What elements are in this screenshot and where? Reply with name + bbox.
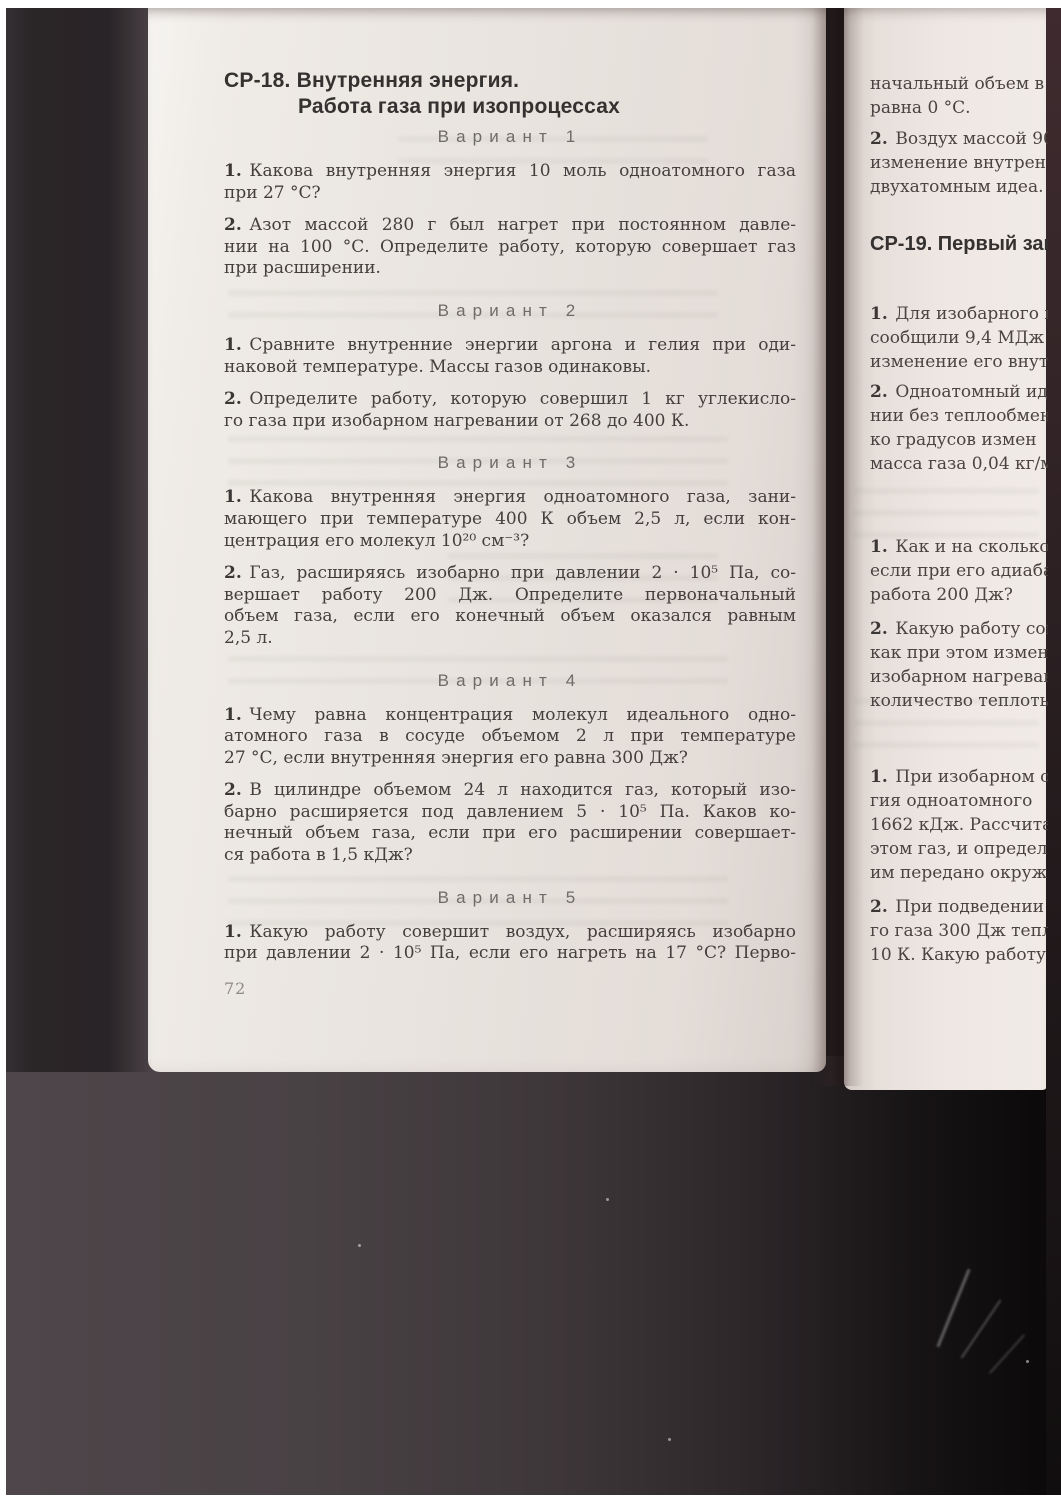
text-line: го газа при изобарном нагревании от 268 … [224, 411, 796, 433]
text-line-content: Как и на сколько [895, 537, 1048, 557]
text-line: 2.Воздух массой 90 [870, 127, 1048, 151]
section-heading: СР-18. Внутренняя энергия. Работа газа п… [224, 68, 796, 120]
text-line: если при его адиабат [870, 559, 1048, 583]
problem: 2.Определите работу, которую совершил 1 … [224, 389, 796, 432]
text-line: начальный объем в [870, 72, 1048, 96]
dust-speck [358, 1244, 361, 1247]
variant-heading: Вариант 4 [224, 670, 796, 692]
text-line: наковой температуре. Массы газов одинако… [224, 357, 796, 379]
problem-fragment: 2.Воздух массой 90 изменение внутрен дву… [870, 127, 1048, 199]
text-line: при давлении 2 · 10⁵ Па, если его нагрет… [224, 943, 796, 965]
problem: 1.Какова внутренняя энергия 10 моль одно… [224, 161, 796, 204]
text-line: объем газа, если его конечный объем оказ… [224, 606, 796, 628]
text-line: 2,5 л. [224, 628, 796, 650]
text-line-content: Для изобарного н [895, 304, 1048, 324]
dust-speck [606, 1198, 609, 1201]
right-page: начальный объем в равна 0 °С. 2.Воздух м… [844, 8, 1048, 1090]
text-line: нии без теплообмен [870, 404, 1048, 428]
problem-number: 2. [870, 382, 888, 402]
text-line: двухатомным идеа. [870, 175, 1048, 199]
text-line: 1.Какова внутренняя энергия 10 моль одно… [224, 161, 796, 183]
text-line: им передано окружа [870, 861, 1048, 885]
text-line: 1.Чему равна концентрация молекул идеаль… [224, 705, 796, 727]
text-line: работа 200 Дж? [870, 583, 1048, 607]
problem-number: 1. [224, 705, 242, 725]
problem-fragment: 2.Одноатомный иде нии без теплообмен ко … [870, 380, 1048, 476]
text-line-content: Какую работу совершит воздух, расширяясь… [249, 922, 796, 942]
left-page: СР-18. Внутренняя энергия. Работа газа п… [148, 8, 826, 1072]
problem-number: 2. [870, 897, 888, 917]
text-line-content: Воздух массой 90 [895, 129, 1048, 149]
problem: 1.Чему равна концентрация молекул идеаль… [224, 705, 796, 770]
text-line: количество теплоты [870, 689, 1048, 713]
text-line: центрация его молекул 10²⁰ см⁻³? [224, 531, 796, 553]
text-line: го газа 300 Дж тепло [870, 919, 1048, 943]
text-line-content: Чему равна концентрация молекул идеально… [249, 705, 796, 725]
problem-number: 2. [224, 563, 242, 583]
text-line: 1.Для изобарного н [870, 302, 1048, 326]
text-line: барно расширяется под давлением 5 · 10⁵ … [224, 802, 796, 824]
text-line: масса газа 0,04 кг/м [870, 452, 1048, 476]
section-heading-line1: СР-18. Внутренняя энергия. [224, 68, 796, 94]
dust-speck [1026, 1360, 1029, 1363]
text-line: 1.При изобарном ох [870, 765, 1048, 789]
text-line-content: Газ, расширяясь изобарно при давлении 2 … [249, 563, 796, 583]
variant-heading: Вариант 5 [224, 887, 796, 909]
text-line: 1.Какую работу совершит воздух, расширяя… [224, 922, 796, 944]
page-number: 72 [224, 979, 246, 998]
problem: 2.Газ, расширяясь изобарно при давлении … [224, 563, 796, 649]
text-line: ко градусов измен [870, 428, 1048, 452]
book-cover-edge [1046, 8, 1061, 1495]
text-line-content: Сравните внутренние энергии аргона и гел… [249, 335, 796, 355]
problem-fragment: 1.При изобарном ох гия одноатомного 1662… [870, 765, 1048, 885]
book-scan-photo: СР-18. Внутренняя энергия. Работа газа п… [6, 8, 1061, 1495]
text-line: 2.Определите работу, которую совершил 1 … [224, 389, 796, 411]
text-line-content: Азот массой 280 г был нагрет при постоян… [249, 215, 796, 235]
text-line-content: Какова внутренняя энергия 10 моль одноат… [249, 161, 796, 181]
text-line-content: Какова внутренняя энергия одноатомного г… [249, 487, 796, 507]
problem-number: 1. [224, 161, 242, 181]
text-line: изобарном нагреван [870, 665, 1048, 689]
text-line: 10 К. Какую работу п [870, 943, 1048, 967]
text-line: изменение его внутр [870, 350, 1048, 374]
text-line-content: При изобарном ох [895, 767, 1048, 787]
problem-number: 2. [224, 780, 242, 800]
text-line: нечный объем газа, если при его расширен… [224, 823, 796, 845]
problem: 2.В цилиндре объемом 24 л находится газ,… [224, 780, 796, 866]
text-line: 1.Какова внутренняя энергия одноатомного… [224, 487, 796, 509]
text-line: этом газ, и определит [870, 837, 1048, 861]
variant-heading: Вариант 1 [224, 126, 796, 148]
problem-number: 2. [224, 389, 242, 409]
text-line: 2.Азот массой 280 г был нагрет при посто… [224, 215, 796, 237]
text-line: изменение внутрен [870, 151, 1048, 175]
text-line: 2.Какую работу сов [870, 617, 1048, 641]
problem: 2.Азот массой 280 г был нагрет при посто… [224, 215, 796, 280]
text-line: вершает работу 200 Дж. Определите первон… [224, 585, 796, 607]
problem-fragment: 1.Для изобарного н сообщили 9,4 МДж изме… [870, 302, 1048, 374]
problem: 1.Какова внутренняя энергия одноатомного… [224, 487, 796, 552]
problem-number: 1. [224, 487, 242, 507]
text-line-content: Одноатомный иде [895, 382, 1048, 402]
table-surface [6, 1056, 1061, 1495]
text-line-content: Какую работу сов [895, 619, 1048, 639]
problem-fragment: 2.Какую работу сов как при этом измен из… [870, 617, 1048, 713]
text-line: 1662 кДж. Рассчита [870, 813, 1048, 837]
text-line: 2.Газ, расширяясь изобарно при давлении … [224, 563, 796, 585]
text-line: 2.При подведении к [870, 895, 1048, 919]
problem: 1.Сравните внутренние энергии аргона и г… [224, 335, 796, 378]
problem-number: 1. [870, 767, 888, 787]
text-line: ся работа в 1,5 кДж? [224, 845, 796, 867]
section-heading: СР-19. Первый зак [870, 232, 1048, 256]
book-edge-shadow [6, 8, 152, 1072]
text-line: как при этом измен [870, 641, 1048, 665]
text-line: нии на 100 °С. Определите работу, котору… [224, 237, 796, 259]
section-heading-line2: Работа газа при изопроцессах [298, 94, 796, 120]
text-line: гия одноатомного [870, 789, 1048, 813]
problem-fragment: 2.При подведении к го газа 300 Дж тепло … [870, 895, 1048, 967]
text-line: 27 °С, если внутренняя энергия его равна… [224, 748, 796, 770]
text-line: равна 0 °С. [870, 96, 1048, 120]
text-line: 2.В цилиндре объемом 24 л находится газ,… [224, 780, 796, 802]
text-line: мающего при температуре 400 К объем 2,5 … [224, 509, 796, 531]
text-line-content: Определите работу, которую совершил 1 кг… [249, 389, 796, 409]
problem-fragment: 1.Как и на сколько если при его адиабат … [870, 535, 1048, 607]
text-line: сообщили 9,4 МДж [870, 326, 1048, 350]
problem-number: 2. [224, 215, 242, 235]
text-line-content: В цилиндре объемом 24 л находится газ, к… [249, 780, 796, 800]
left-page-text-column: СР-18. Внутренняя энергия. Работа газа п… [224, 68, 796, 965]
problem-number: 2. [870, 129, 888, 149]
text-line: при 27 °С? [224, 183, 796, 205]
text-line: при расширении. [224, 258, 796, 280]
problem: 1.Какую работу совершит воздух, расширяя… [224, 922, 796, 965]
text-line-content: При подведении к [895, 897, 1048, 917]
variant-heading: Вариант 2 [224, 300, 796, 322]
problem-number: 2. [870, 619, 888, 639]
problem-number: 1. [224, 335, 242, 355]
variant-heading: Вариант 3 [224, 452, 796, 474]
problem-number: 1. [224, 922, 242, 942]
text-line: 1.Сравните внутренние энергии аргона и г… [224, 335, 796, 357]
text-line: 2.Одноатомный иде [870, 380, 1048, 404]
problem-fragment: начальный объем в равна 0 °С. [870, 72, 1048, 120]
text-line: 1.Как и на сколько [870, 535, 1048, 559]
dust-speck [668, 1438, 671, 1441]
text-line: атомного газа в сосуде объемом 2 л при т… [224, 726, 796, 748]
problem-number: 1. [870, 304, 888, 324]
problem-number: 1. [870, 537, 888, 557]
